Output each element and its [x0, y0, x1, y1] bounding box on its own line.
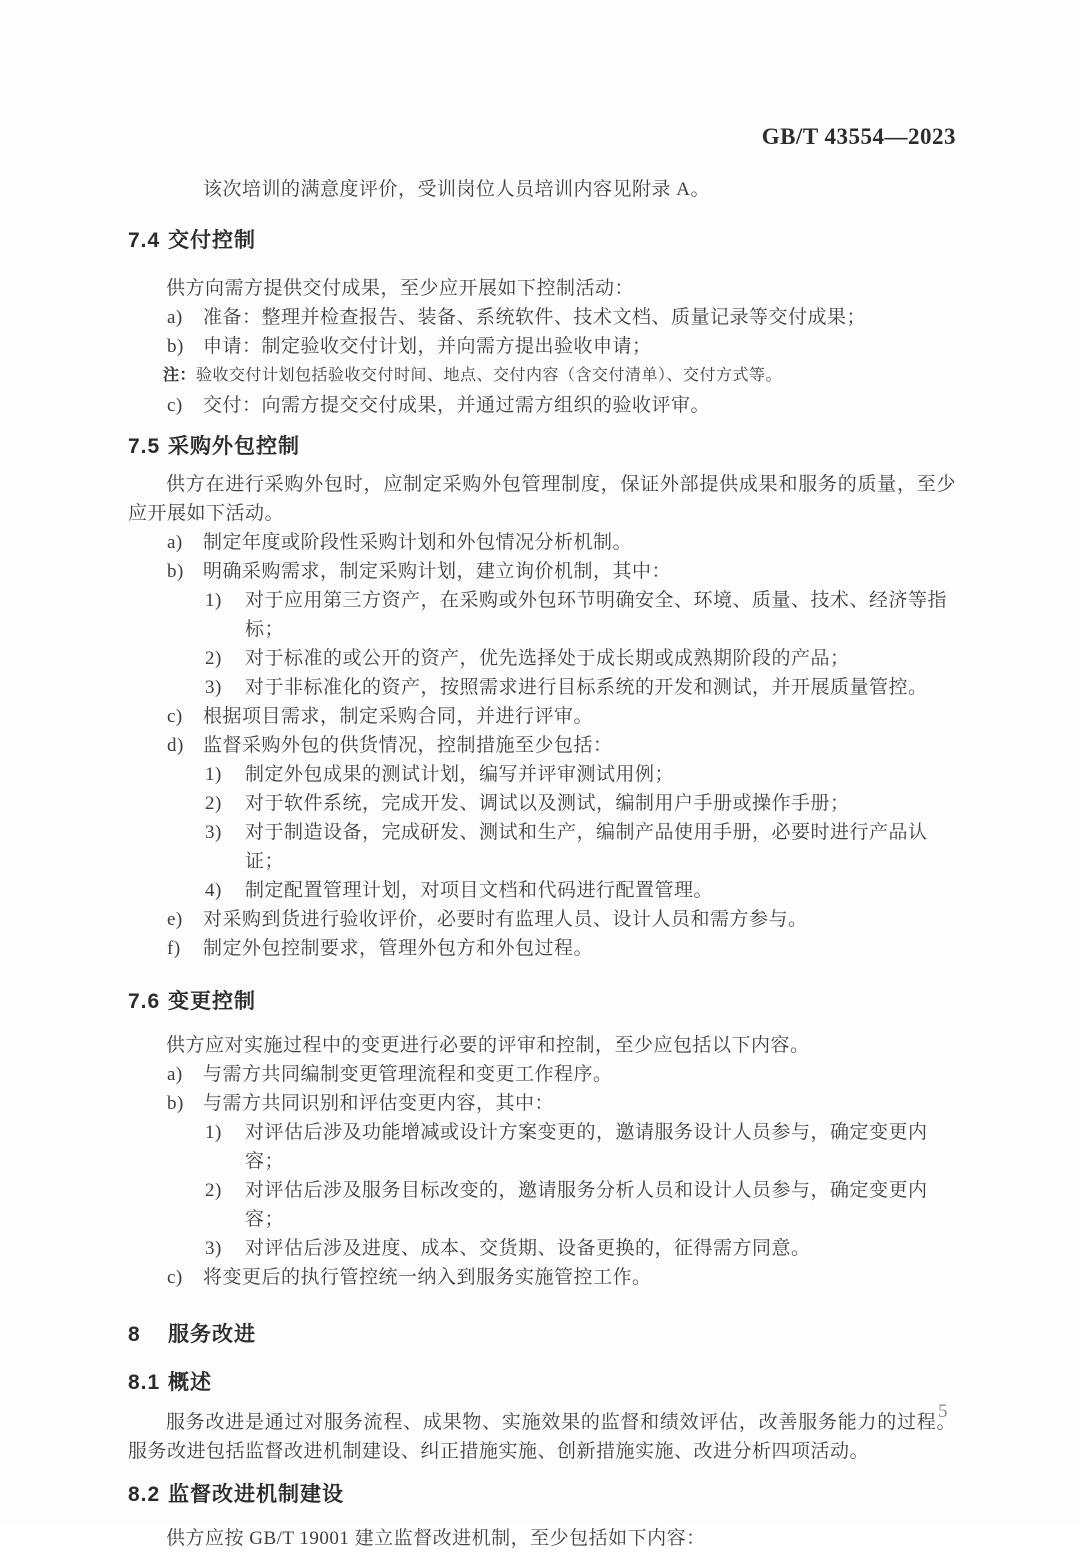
list-marker: 3)	[205, 673, 245, 702]
list-item: a) 与需方共同编制变更管理流程和变更工作程序。	[128, 1060, 956, 1089]
list-item: b) 申请：制定验收交付计划，并向需方提出验收申请；	[128, 332, 956, 361]
standard-code: GB/T 43554—2023	[128, 125, 956, 149]
list-marker: c)	[167, 702, 203, 731]
list-marker: b)	[167, 1089, 203, 1118]
list-item-text: 交付：向需方提交交付成果，并通过需方组织的验收评审。	[203, 391, 956, 420]
list-marker: 1)	[205, 1118, 245, 1176]
continuation-paragraph: 该次培训的满意度评价，受训岗位人员培训内容见附录 A。	[128, 175, 956, 204]
list-marker: 1)	[205, 586, 245, 644]
list-item-text: 制定年度或阶段性采购计划和外包情况分析机制。	[203, 528, 956, 557]
paragraph: 供方在进行采购外包时，应制定采购外包管理制度，保证外部提供成果和服务的质量，至少…	[128, 470, 956, 528]
sub-list-item: 1) 制定外包成果的测试计划，编写并评审测试用例；	[128, 760, 956, 789]
list-marker: 2)	[205, 789, 245, 818]
list-marker: 3)	[205, 1234, 245, 1263]
list-item: c) 将变更后的执行管控统一纳入到服务实施管控工作。	[128, 1263, 956, 1292]
list-item: d) 监督采购外包的供货情况，控制措施至少包括：	[128, 731, 956, 760]
chapter-heading-8: 8服务改进	[128, 1322, 956, 1348]
list-item-text: 与需方共同识别和评估变更内容，其中：	[203, 1089, 956, 1118]
list-item: a) 准备：整理并检查报告、装备、系统软件、技术文档、质量记录等交付成果；	[128, 303, 956, 332]
section-number: 7.5	[128, 434, 168, 460]
paragraph: 供方应对实施过程中的变更进行必要的评审和控制，至少应包括以下内容。	[128, 1031, 956, 1060]
list-item-text: 根据项目需求，制定采购合同，并进行评审。	[203, 702, 956, 731]
list-item-text: 对于标准的或公开的资产，优先选择处于成长期或成熟期阶段的产品；	[245, 644, 956, 673]
section-number: 8.1	[128, 1370, 168, 1396]
list-item-text: 申请：制定验收交付计划，并向需方提出验收申请；	[203, 332, 956, 361]
list-marker: b)	[167, 332, 203, 361]
section-heading-8-1: 8.1概述	[128, 1370, 956, 1396]
list-marker: a)	[167, 528, 203, 557]
section-title: 概述	[168, 1371, 212, 1394]
section-number: 7.4	[128, 228, 168, 254]
list-marker: c)	[167, 1263, 203, 1292]
section-heading-7-4: 7.4交付控制	[128, 228, 956, 254]
list-item-text: 监督采购外包的供货情况，控制措施至少包括：	[203, 731, 956, 760]
note-label: 注：	[163, 367, 196, 384]
sub-list-item: 3) 对于非标准化的资产，按照需求进行目标系统的开发和测试，并开展质量管控。	[128, 673, 956, 702]
list-item-text: 制定外包成果的测试计划，编写并评审测试用例；	[245, 760, 956, 789]
list-item: c) 交付：向需方提交交付成果，并通过需方组织的验收评审。	[128, 391, 956, 420]
section-title: 交付控制	[168, 229, 256, 252]
list-item-text: 准备：整理并检查报告、装备、系统软件、技术文档、质量记录等交付成果；	[203, 303, 956, 332]
list-item-text: 将变更后的执行管控统一纳入到服务实施管控工作。	[203, 1263, 956, 1292]
section-number: 8	[128, 1322, 168, 1348]
list-marker: d)	[167, 731, 203, 760]
list-marker: a)	[167, 1060, 203, 1089]
list-item-text: 对评估后涉及功能增减或设计方案变更的，邀请服务设计人员参与，确定变更内容；	[245, 1118, 956, 1176]
note: 注：验收交付计划包括验收交付时间、地点、交付内容（含交付清单）、交付方式等。	[128, 363, 956, 389]
section-title: 变更控制	[168, 990, 256, 1013]
list-item-text: 对于软件系统，完成开发、调试以及测试，编制用户手册或操作手册；	[245, 789, 956, 818]
list-item-text: 制定外包控制要求，管理外包方和外包过程。	[203, 934, 956, 963]
sub-list-item: 1) 对于应用第三方资产，在采购或外包环节明确安全、环境、质量、技术、经济等指标…	[128, 586, 956, 644]
list-marker: 2)	[205, 1176, 245, 1234]
list-marker: 3)	[205, 818, 245, 876]
paragraph: 供方向需方提供交付成果，至少应开展如下控制活动：	[128, 274, 956, 303]
list-marker: f)	[167, 934, 203, 963]
list-item: b) 与需方共同识别和评估变更内容，其中：	[128, 1089, 956, 1118]
page-number: 5	[938, 1400, 948, 1424]
sub-list-item: 2) 对于软件系统，完成开发、调试以及测试，编制用户手册或操作手册；	[128, 789, 956, 818]
list-marker: b)	[167, 557, 203, 586]
sub-list-item: 4) 制定配置管理计划，对项目文档和代码进行配置管理。	[128, 876, 956, 905]
list-item: b) 明确采购需求，制定采购计划，建立询价机制，其中：	[128, 557, 956, 586]
section-title: 采购外包控制	[168, 435, 300, 458]
sub-list-item: 2) 对于标准的或公开的资产，优先选择处于成长期或成熟期阶段的产品；	[128, 644, 956, 673]
list-item-text: 明确采购需求，制定采购计划，建立询价机制，其中：	[203, 557, 956, 586]
document-page: GB/T 43554—2023 该次培训的满意度评价，受训岗位人员培训内容见附录…	[0, 0, 1080, 1525]
list-item-text: 对采购到货进行验收评价，必要时有监理人员、设计人员和需方参与。	[203, 905, 956, 934]
list-item-text: 对于制造设备，完成研发、测试和生产，编制产品使用手册，必要时进行产品认证；	[245, 818, 956, 876]
sub-list-item: 2) 对评估后涉及服务目标改变的，邀请服务分析人员和设计人员参与，确定变更内容；	[128, 1176, 956, 1234]
sub-list-item: 1) 对评估后涉及功能增减或设计方案变更的，邀请服务设计人员参与，确定变更内容；	[128, 1118, 956, 1176]
paragraph: 服务改进是通过对服务流程、成果物、实施效果的监督和绩效评估，改善服务能力的过程。…	[128, 1408, 956, 1466]
list-marker: c)	[167, 391, 203, 420]
list-item: a) 制定年度或阶段性采购计划和外包情况分析机制。	[128, 528, 956, 557]
list-item: e) 对采购到货进行验收评价，必要时有监理人员、设计人员和需方参与。	[128, 905, 956, 934]
list-marker: 1)	[205, 760, 245, 789]
sub-list-item: 3) 对评估后涉及进度、成本、交货期、设备更换的，征得需方同意。	[128, 1234, 956, 1263]
section-number: 7.6	[128, 989, 168, 1015]
section-number: 8.2	[128, 1482, 168, 1508]
list-marker: 4)	[205, 876, 245, 905]
list-item: c) 根据项目需求，制定采购合同，并进行评审。	[128, 702, 956, 731]
list-item-text: 制定配置管理计划，对项目文档和代码进行配置管理。	[245, 876, 956, 905]
list-item-text: 对于应用第三方资产，在采购或外包环节明确安全、环境、质量、技术、经济等指标；	[245, 586, 956, 644]
list-item-text: 对评估后涉及进度、成本、交货期、设备更换的，征得需方同意。	[245, 1234, 956, 1263]
list-item: f) 制定外包控制要求，管理外包方和外包过程。	[128, 934, 956, 963]
section-title: 服务改进	[168, 1323, 256, 1346]
list-marker: e)	[167, 905, 203, 934]
sub-list-item: 3) 对于制造设备，完成研发、测试和生产，编制产品使用手册，必要时进行产品认证；	[128, 818, 956, 876]
section-heading-7-6: 7.6变更控制	[128, 989, 956, 1015]
section-heading-8-2: 8.2监督改进机制建设	[128, 1482, 956, 1508]
note-text: 验收交付计划包括验收交付时间、地点、交付内容（含交付清单）、交付方式等。	[196, 367, 782, 384]
paragraph: 供方应按 GB/T 19001 建立监督改进机制，至少包括如下内容：	[128, 1524, 956, 1553]
list-marker: 2)	[205, 644, 245, 673]
section-title: 监督改进机制建设	[168, 1483, 344, 1506]
section-heading-7-5: 7.5采购外包控制	[128, 434, 956, 460]
list-item-text: 与需方共同编制变更管理流程和变更工作程序。	[203, 1060, 956, 1089]
list-item-text: 对于非标准化的资产，按照需求进行目标系统的开发和测试，并开展质量管控。	[245, 673, 956, 702]
list-item-text: 对评估后涉及服务目标改变的，邀请服务分析人员和设计人员参与，确定变更内容；	[245, 1176, 956, 1234]
list-marker: a)	[167, 303, 203, 332]
